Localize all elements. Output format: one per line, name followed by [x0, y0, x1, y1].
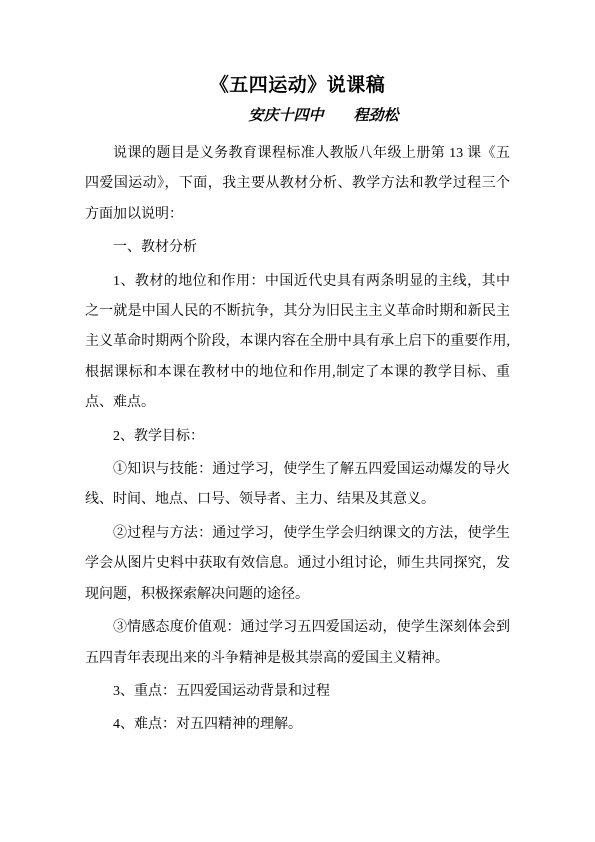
paragraph-process: ②过程与方法：通过学习，使学生学会归纳课文的方法，使学生学会从图片史料中获取有效… [85, 519, 510, 610]
paragraph-emotion: ③情感态度价值观：通过学习五四爱国运动，使学生深刻体会到五四青年表现出来的斗争精… [85, 613, 510, 674]
paragraph-section-1: 一、教材分析 [85, 233, 510, 263]
document-content: 《五四运动》说课稿 安庆十四中 程劲松 说课的题目是义务教育课程标准人教版八年级… [85, 72, 510, 744]
document-title: 《五四运动》说课稿 [85, 72, 510, 98]
paragraph-goals: 2、教学目标： [85, 422, 510, 452]
paragraph-status: 1、教材的地位和作用：中国近代史具有两条明显的主线，其中之一就是中国人民的不断抗… [85, 267, 510, 419]
document-body: 说课的题目是义务教育课程标准人教版八年级上册第 13 课《五四爱国运动》，下面，… [85, 139, 510, 741]
paragraph-key-point: 3、重点：五四爱国运动背景和过程 [85, 677, 510, 707]
paragraph-difficulty: 4、难点：对五四精神的理解。 [85, 710, 510, 740]
author-line: 安庆十四中 程劲松 [85, 106, 510, 126]
document-page: 《五四运动》说课稿 安庆十四中 程劲松 说课的题目是义务教育课程标准人教版八年级… [0, 0, 595, 842]
paragraph-intro: 说课的题目是义务教育课程标准人教版八年级上册第 13 课《五四爱国运动》，下面，… [85, 139, 510, 230]
paragraph-knowledge: ①知识与技能：通过学习，使学生了解五四爱国运动爆发的导火线、时间、地点、口号、领… [85, 455, 510, 516]
